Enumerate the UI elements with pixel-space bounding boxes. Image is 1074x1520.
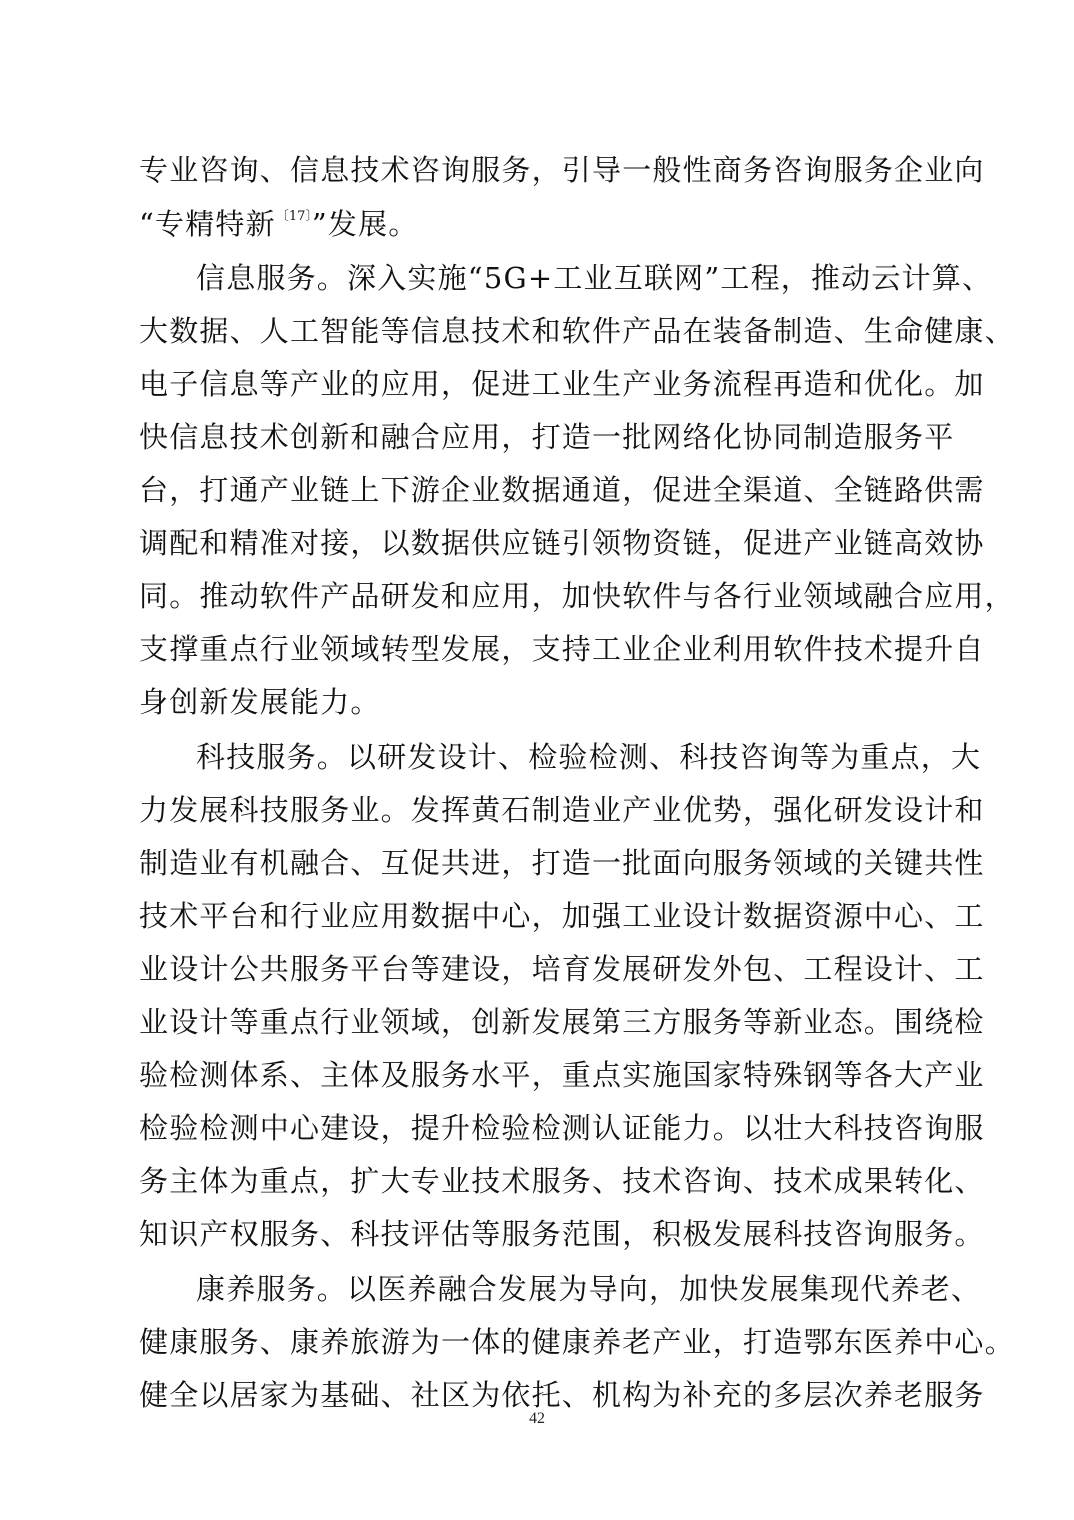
text-line: 健全以居家为基础、社区为依托、机构为补充的多层次养老服务 — [139, 1375, 939, 1415]
text-line: 业设计等重点行业领域，创新发展第三方服务等新业态。围绕检 — [139, 1002, 939, 1042]
text-line: 技术平台和行业应用数据中心，加强工业设计数据资源中心、工 — [139, 896, 939, 936]
text-line: 大数据、人工智能等信息技术和软件产品在装备制造、生命健康、 — [139, 311, 939, 351]
text-line: 业设计公共服务平台等建设，培育发展研发外包、工程设计、工 — [139, 949, 939, 989]
text-line: 同。推动软件产品研发和应用，加快软件与各行业领域融合应用， — [139, 576, 939, 616]
text-line: 身创新发展能力。 — [139, 682, 939, 722]
text-line: 验检测体系、主体及服务水平，重点实施国家特殊钢等各大产业 — [139, 1055, 939, 1095]
text-line: 支撑重点行业领域转型发展，支持工业企业利用软件技术提升自 — [139, 629, 939, 669]
text-line: 台，打通产业链上下游企业数据通道，促进全渠道、全链路供需 — [139, 470, 939, 510]
text-line: 检验检测中心建设，提升检验检测认证能力。以壮大科技咨询服 — [139, 1108, 939, 1148]
paragraph-heading-line-information-services: 信息服务。深入实施“5G+工业互联网”工程，推动云计算、 — [196, 258, 939, 298]
text-line: 制造业有机融合、互促共进，打造一批面向服务领域的关键共性 — [139, 843, 939, 883]
page-number: 42 — [0, 1410, 1074, 1428]
text-line: 健康服务、康养旅游为一体的健康养老产业，打造鄂东医养中心。 — [139, 1322, 939, 1362]
text-line: 知识产权服务、科技评估等服务范围，积极发展科技咨询服务。 — [139, 1214, 939, 1254]
document-page: 专业咨询、信息技术咨询服务，引导一般性商务咨询服务企业向 “专精特新〔17〕”发… — [0, 0, 1074, 1520]
text-line: 快信息技术创新和融合应用，打造一批网络化协同制造服务平 — [139, 417, 939, 457]
paragraph-heading-line-health-services: 康养服务。以医养融合发展为导向，加快发展集现代养老、 — [196, 1269, 939, 1309]
text-line: “专精特新〔17〕”发展。 — [139, 197, 939, 237]
footnote-reference[interactable]: 〔17〕 — [276, 209, 312, 224]
text-line: 专业咨询、信息技术咨询服务，引导一般性商务咨询服务企业向 — [139, 150, 939, 190]
text-line: 电子信息等产业的应用，促进工业生产业务流程再造和优化。加 — [139, 364, 939, 404]
text-line: 力发展科技服务业。发挥黄石制造业产业优势，强化研发设计和 — [139, 790, 939, 830]
paragraph-heading-line-technology-services: 科技服务。以研发设计、检验检测、科技咨询等为重点，大 — [196, 737, 939, 777]
text-span: “专精特新 — [139, 207, 276, 241]
text-line: 调配和精准对接，以数据供应链引领物资链，促进产业链高效协 — [139, 523, 939, 563]
text-line: 务主体为重点，扩大专业技术服务、技术咨询、技术成果转化、 — [139, 1161, 939, 1201]
text-span: ”发展。 — [312, 207, 419, 241]
